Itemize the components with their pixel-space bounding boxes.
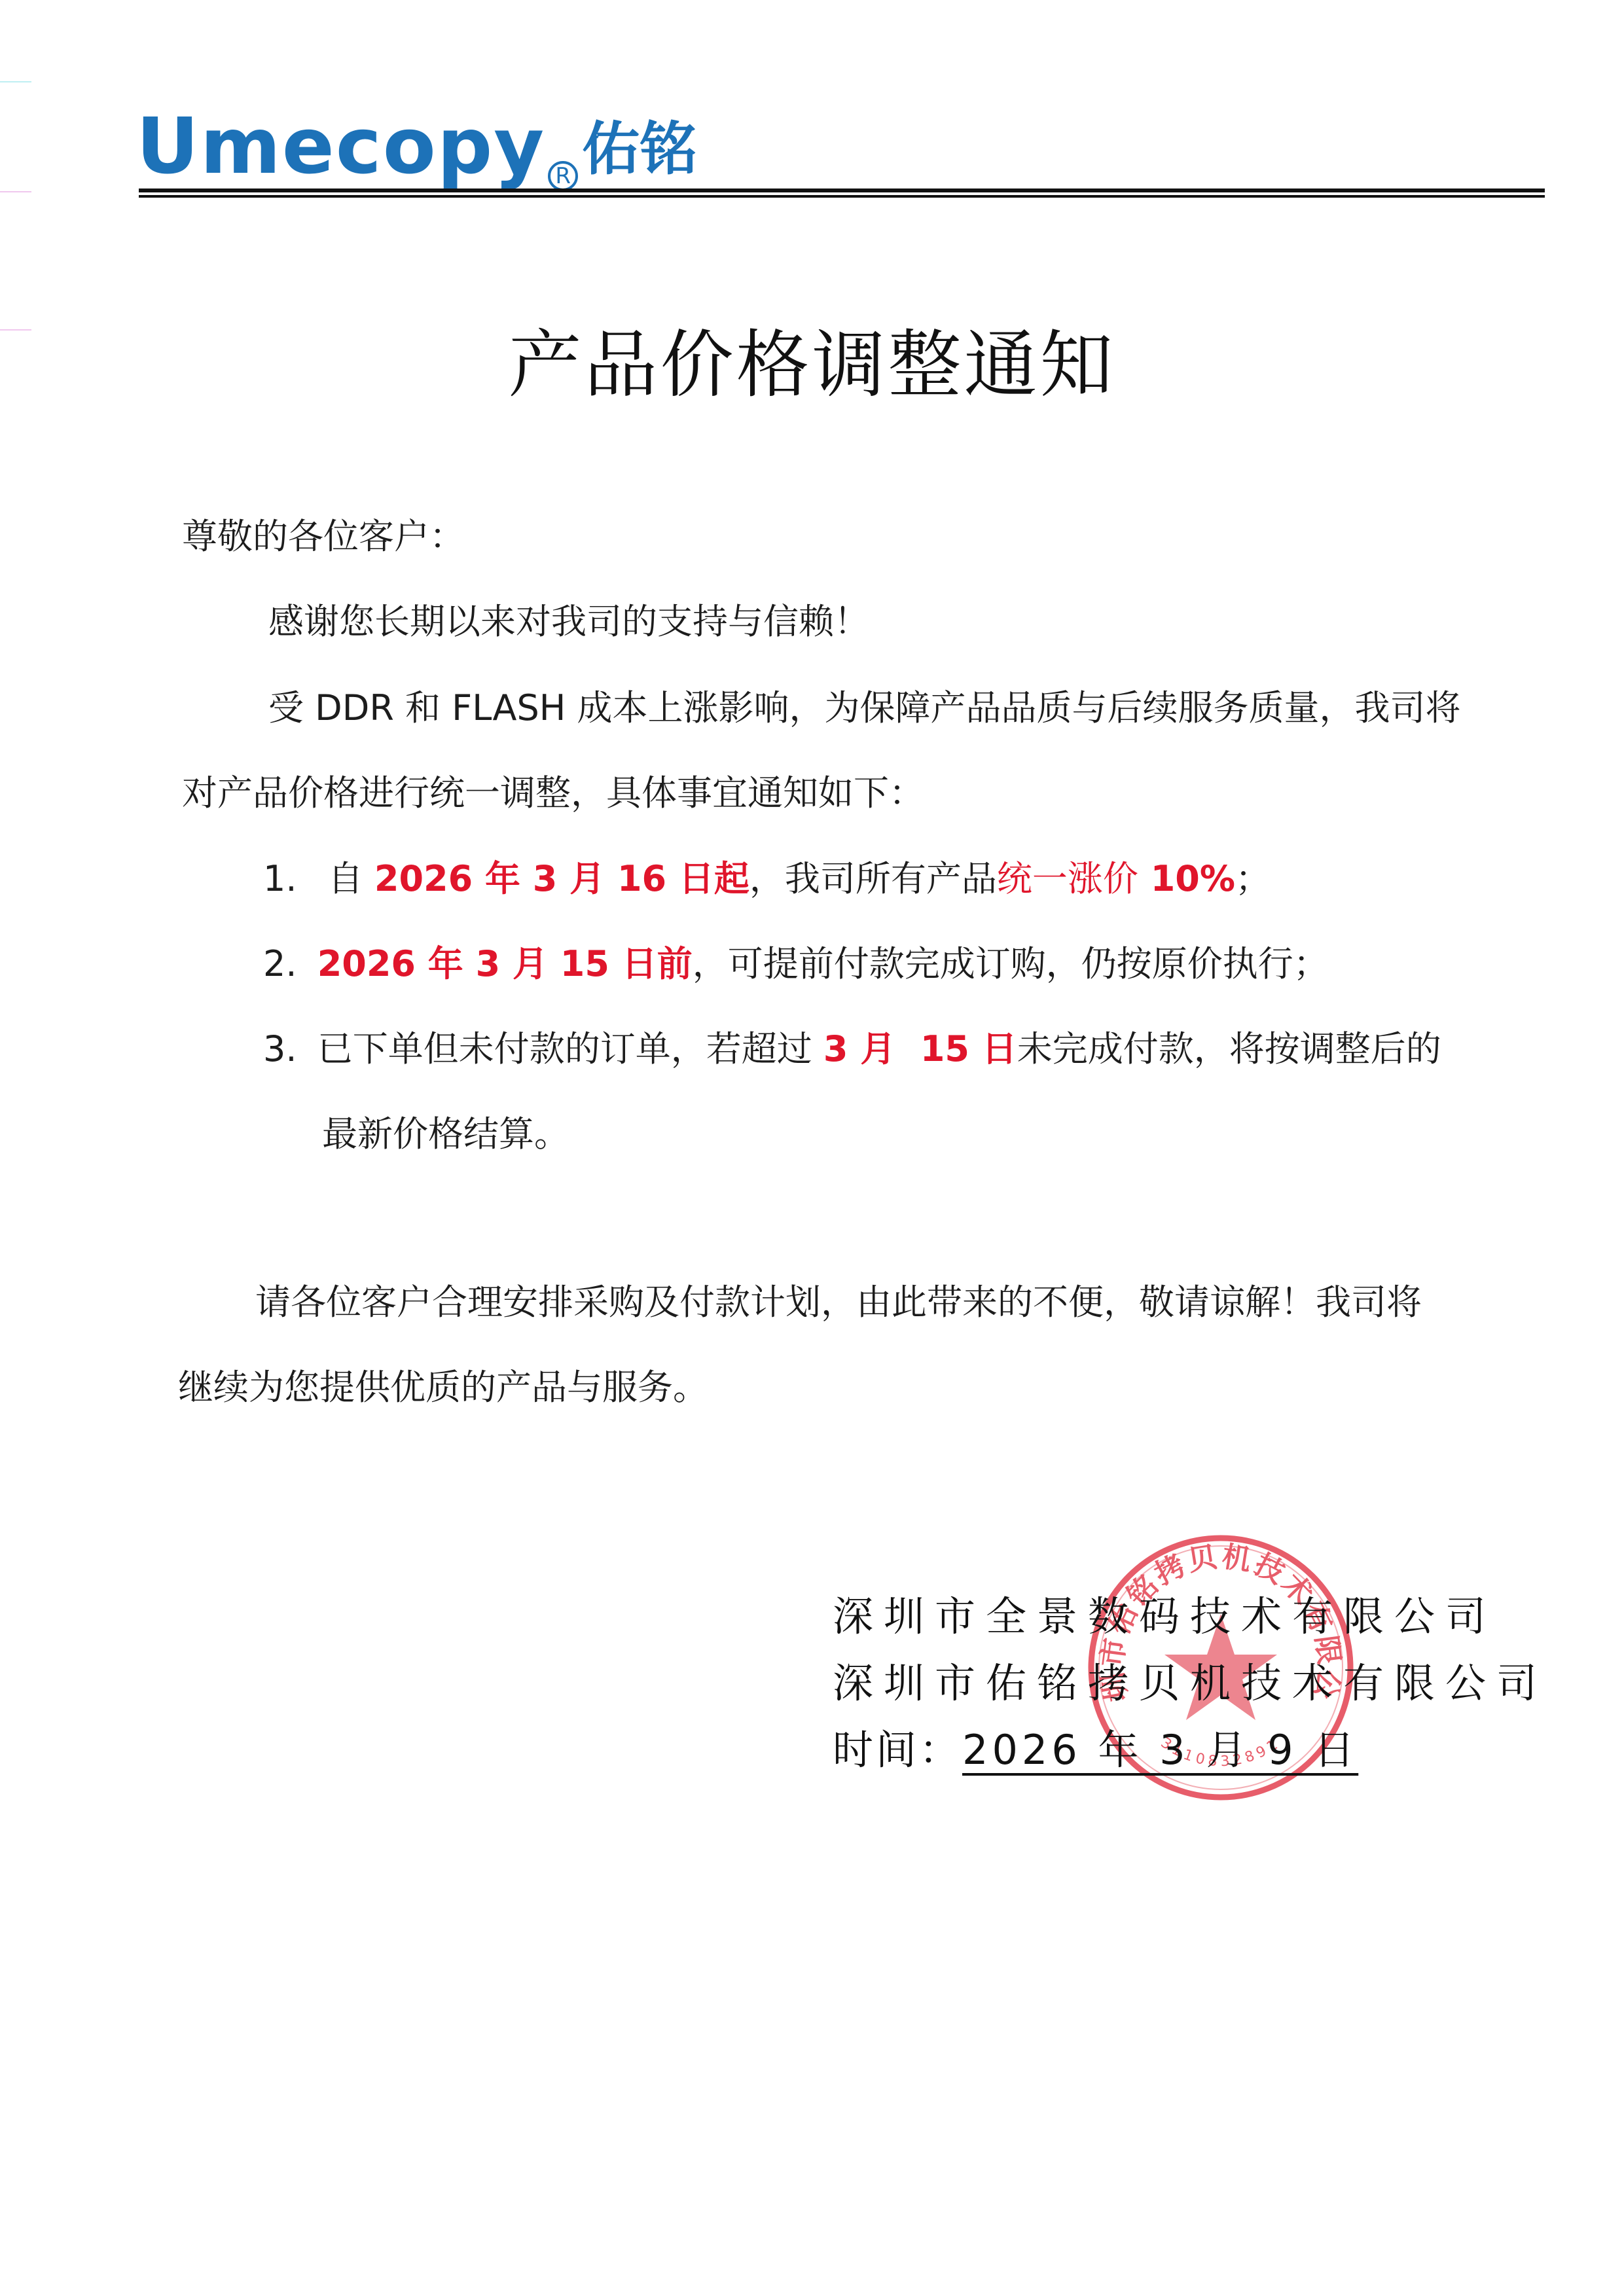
intro-paragraph: 感谢您长期以来对我司的支持与信赖！ <box>268 602 869 641</box>
item-prefix: 已下单但未付款的订单，若超过 <box>317 1028 823 1069</box>
company-logo: Umecopy R 佑铭 <box>136 99 697 185</box>
signature-company-1: 深圳市全景数码技术有限公司 <box>833 1584 1496 1642</box>
item-suffix: ； <box>1235 858 1271 899</box>
reason-line-2: 对产品价格进行统一调整，具体事宜通知如下： <box>182 774 924 813</box>
date-label: 时间： <box>833 1726 962 1774</box>
date-value: 2026 年 3 月 9 日 <box>962 1726 1358 1774</box>
header-rule-bottom <box>139 195 1545 198</box>
closing-line-1: 请各位客户合理安排采购及付款计划，由此带来的不便，敬请谅解！我司将 <box>255 1283 1422 1322</box>
header-rule-top <box>139 188 1545 192</box>
logo-wordmark: Umecopy <box>136 107 545 185</box>
list-item-3-continuation: 最新价格结算。 <box>322 1115 569 1154</box>
item-number: 3. <box>263 1028 297 1069</box>
greeting: 尊敬的各位客户： <box>182 517 465 556</box>
price-increase-label: 统一涨价 <box>997 858 1138 899</box>
signature-company-2: 深圳市佑铭拷贝机技术有限公司 <box>833 1651 1547 1709</box>
document-title: 产品价格调整通知 <box>0 306 1624 412</box>
item-suffix: 未完成付款，将按调整后的 <box>1017 1028 1441 1069</box>
item-number: 1. <box>263 858 297 899</box>
signature-date: 时间：2026 年 3 月 9 日 <box>833 1717 1358 1776</box>
item-suffix: ，可提前付款完成订购，仍按原价执行； <box>693 943 1329 984</box>
registered-mark-icon: R <box>548 161 578 191</box>
price-increase-value: 10% <box>1138 858 1235 899</box>
logo-chinese-name: 佑铭 <box>582 120 697 178</box>
payment-deadline: 3 月 15 日 <box>823 1028 1017 1069</box>
item-prefix: 自 <box>328 858 374 899</box>
scan-artifact <box>0 191 31 192</box>
item-number: 2. <box>263 943 297 984</box>
list-item-2: 2. 2026 年 3 月 15 日前，可提前付款完成订购，仍按原价执行； <box>263 944 1329 984</box>
item-middle: ，我司所有产品 <box>749 858 997 899</box>
list-item-1: 1. 自 2026 年 3 月 16 日起，我司所有产品统一涨价 10%； <box>263 859 1271 899</box>
closing-line-2: 继续为您提供优质的产品与服务。 <box>178 1368 708 1407</box>
scan-artifact <box>0 81 31 82</box>
effective-date: 2026 年 3 月 16 日起 <box>374 858 749 899</box>
deadline-date: 2026 年 3 月 15 日前 <box>317 943 693 984</box>
list-item-3: 3. 已下单但未付款的订单，若超过 3 月 15 日未完成付款，将按调整后的 <box>263 1030 1441 1069</box>
reason-line-1: 受 DDR 和 FLASH 成本上涨影响，为保障产品品质与后续服务质量，我司将 <box>268 689 1461 728</box>
